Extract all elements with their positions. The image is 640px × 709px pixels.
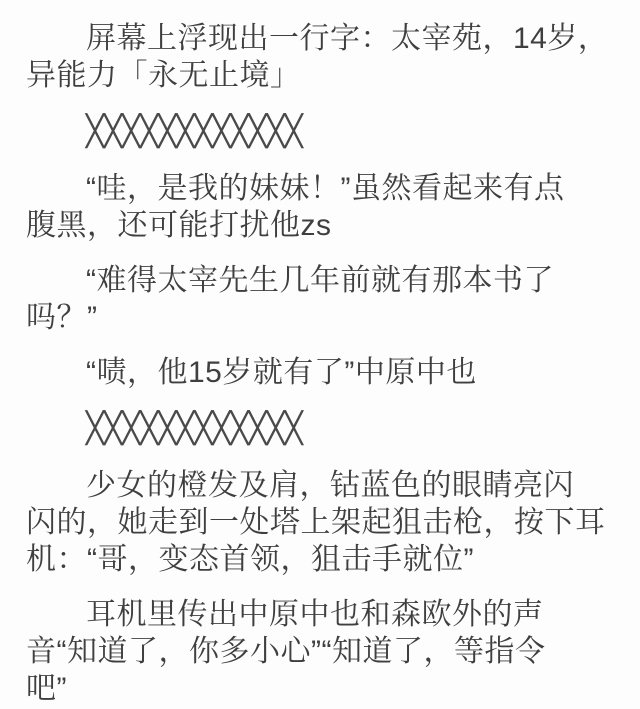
novel-paragraph: “啧，他15岁就有了”中原中也 [26,354,614,391]
text-line: 闪的，她走到一处塔上架起狙击枪，按下耳 [26,504,614,541]
section-divider: ╳╳╳╳╳╳╳╳╳╳╳╳ [26,112,614,152]
section-divider: ╳╳╳╳╳╳╳╳╳╳╳╳ [26,409,614,449]
text-line: 吗？” [26,299,614,336]
text-line: 耳机里传出中原中也和森欧外的声 [26,596,614,633]
text-line: 异能力「永无止境」 [26,57,614,94]
novel-paragraph: “难得太宰先生几年前就有那本书了 吗？” [26,262,614,336]
text-line: 机：“哥，变态首领，狙击手就位” [26,541,614,578]
novel-paragraph: “哇，是我的妹妹！”虽然看起来有点 腹黑，还可能打扰他zs [26,170,614,244]
text-line: 少女的橙发及肩，钴蓝色的眼睛亮闪 [26,467,614,504]
novel-paragraph: 屏幕上浮现出一行字：太宰苑，14岁， 异能力「永无止境」 [26,20,614,94]
text-line: “哇，是我的妹妹！”虽然看起来有点 [26,170,614,207]
text-line: “啧，他15岁就有了”中原中也 [26,354,614,391]
text-line: 吧” [26,670,614,707]
text-line: 音“知道了，你多小心”“知道了，等指令 [26,633,614,670]
text-line: 屏幕上浮现出一行字：太宰苑，14岁， [26,20,614,57]
novel-paragraph: 少女的橙发及肩，钴蓝色的眼睛亮闪 闪的，她走到一处塔上架起狙击枪，按下耳 机：“… [26,467,614,578]
text-line: “难得太宰先生几年前就有那本书了 [26,262,614,299]
novel-paragraph: 耳机里传出中原中也和森欧外的声 音“知道了，你多小心”“知道了，等指令 吧” [26,596,614,707]
reader-page[interactable]: 屏幕上浮现出一行字：太宰苑，14岁， 异能力「永无止境」 ╳╳╳╳╳╳╳╳╳╳╳… [0,0,640,709]
text-line: 腹黑，还可能打扰他zs [26,207,614,244]
